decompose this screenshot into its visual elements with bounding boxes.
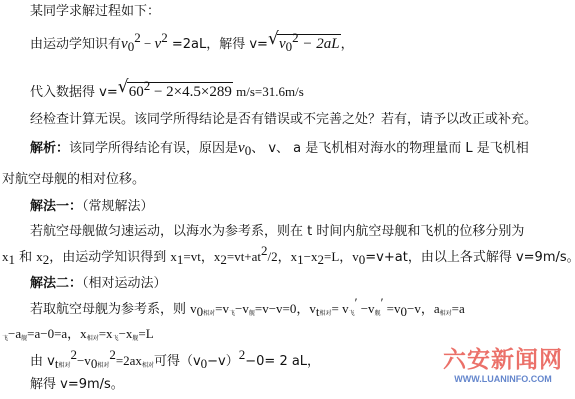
question-text: 经检查计算无误。该同学所得结论是否有错误或不完善之处？若有，请予以改正或补充。 [30,112,537,128]
analysis-line-1: 解析：该同学所得结论有误，原因是v0、 v、 a 是飞机相对海水的物理量而 L … [30,140,529,157]
analysis-label: 解析： [30,141,69,156]
method2-line-3: 由 vt相对2−v0相对2=2ax相对可得（v0−v）2−0= 2 aL， [30,353,320,370]
step1-prefix: 由运动学知识有 [30,37,121,52]
method2-result: 解得 v=9m/s。 [30,377,124,393]
intro-text: 某同学求解过程如下： [30,4,160,20]
solution-step-2: 代入数据得 v=602 − 2×4.5×289 m/s=31.6m/s [30,82,304,101]
solution-step-1: 由运动学知识有v02 − v2 =2aL，解得 v=v02 − 2aL， [30,34,354,53]
method1-heading: 解法一：（常规解法） [30,199,154,215]
sqrt-expression: 602 − 2×4.5×289 [118,82,233,101]
watermark-url: WWW.LUANINFO.COM [438,374,568,385]
method2-heading: 解法二：（相对运动法） [30,276,167,292]
analysis-line-2: 对航空母舰的相对位移。 [2,172,145,188]
method2-line-2: 飞−a舰=a−0=a，x相对=x飞−x舰=L [2,326,154,343]
sqrt-expression: v02 − 2aL [268,34,341,53]
watermark-logo: 六安新闻网 WWW.LUANINFO.COM [438,346,568,385]
watermark-cn: 六安新闻网 [438,346,568,374]
method1-line-2: x1 和 x2，由运动学知识得到 x1=vt，x2=vt+at2/2，x1−x2… [2,249,575,266]
method2-line-1: 若取航空母舰为参考系，则 v0相对=v飞−v舰=v−v=0，vt相对= v飞′ … [30,301,465,318]
method1-line-1: 若航空母舰做匀速运动，以海水为参考系，则在 t 时间内航空母舰和飞机的位移分别为 [30,224,524,240]
